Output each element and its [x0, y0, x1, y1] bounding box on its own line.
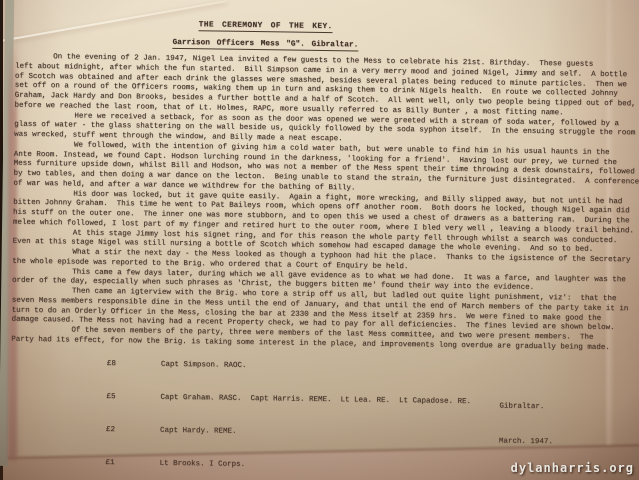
fine-names: Capt Graham. RASC. Capt Harris. REME. Lt… [160, 394, 471, 406]
fine-amount: £1 [105, 458, 159, 470]
watermark-text: dylanharris.org [511, 461, 634, 475]
photograph-of-document: THE CEREMONY OF THE KEY. Garrison Office… [0, 0, 639, 480]
fine-names: Capt Simpson. RAOC. [161, 361, 247, 370]
fine-row: £2Capt Hardy. REME. [10, 413, 471, 452]
fine-row: £8Capt Simpson. RAOC. [11, 347, 472, 386]
fine-amount: £2 [106, 425, 160, 437]
fine-amount: £8 [107, 359, 161, 371]
fine-amount: £5 [106, 392, 160, 404]
typewritten-content: THE CEREMONY OF THE KEY. Garrison Office… [9, 0, 637, 480]
document-title: THE CEREMONY OF THE KEY. [199, 21, 333, 33]
document-body: On the evening of 2 Jan. 1947, Nigel Lea… [11, 53, 636, 354]
signoff-block: Gibraltar. March. 1947. [498, 378, 553, 471]
signoff-date: March. 1947. [499, 436, 553, 448]
fine-names: Lt Brooks. I Corps. [159, 460, 245, 469]
document-subtitle: Garrison Officers Mess "G". Gibraltar. [172, 39, 358, 52]
fine-names: Capt Hardy. REME. [160, 427, 237, 436]
fine-row: £1Lt Brooks. I Corps. [9, 446, 470, 480]
signoff-place: Gibraltar. [499, 401, 553, 413]
document-subtitle-block: Garrison Officers Mess "G". Gibraltar. [15, 37, 515, 54]
fine-row: £5Capt Graham. RASC. Capt Harris. REME. … [10, 380, 471, 419]
document-title-block: THE CEREMONY OF THE KEY. [16, 19, 516, 36]
fines-list: £8Capt Simpson. RAOC. £5Capt Graham. RAS… [9, 347, 471, 480]
